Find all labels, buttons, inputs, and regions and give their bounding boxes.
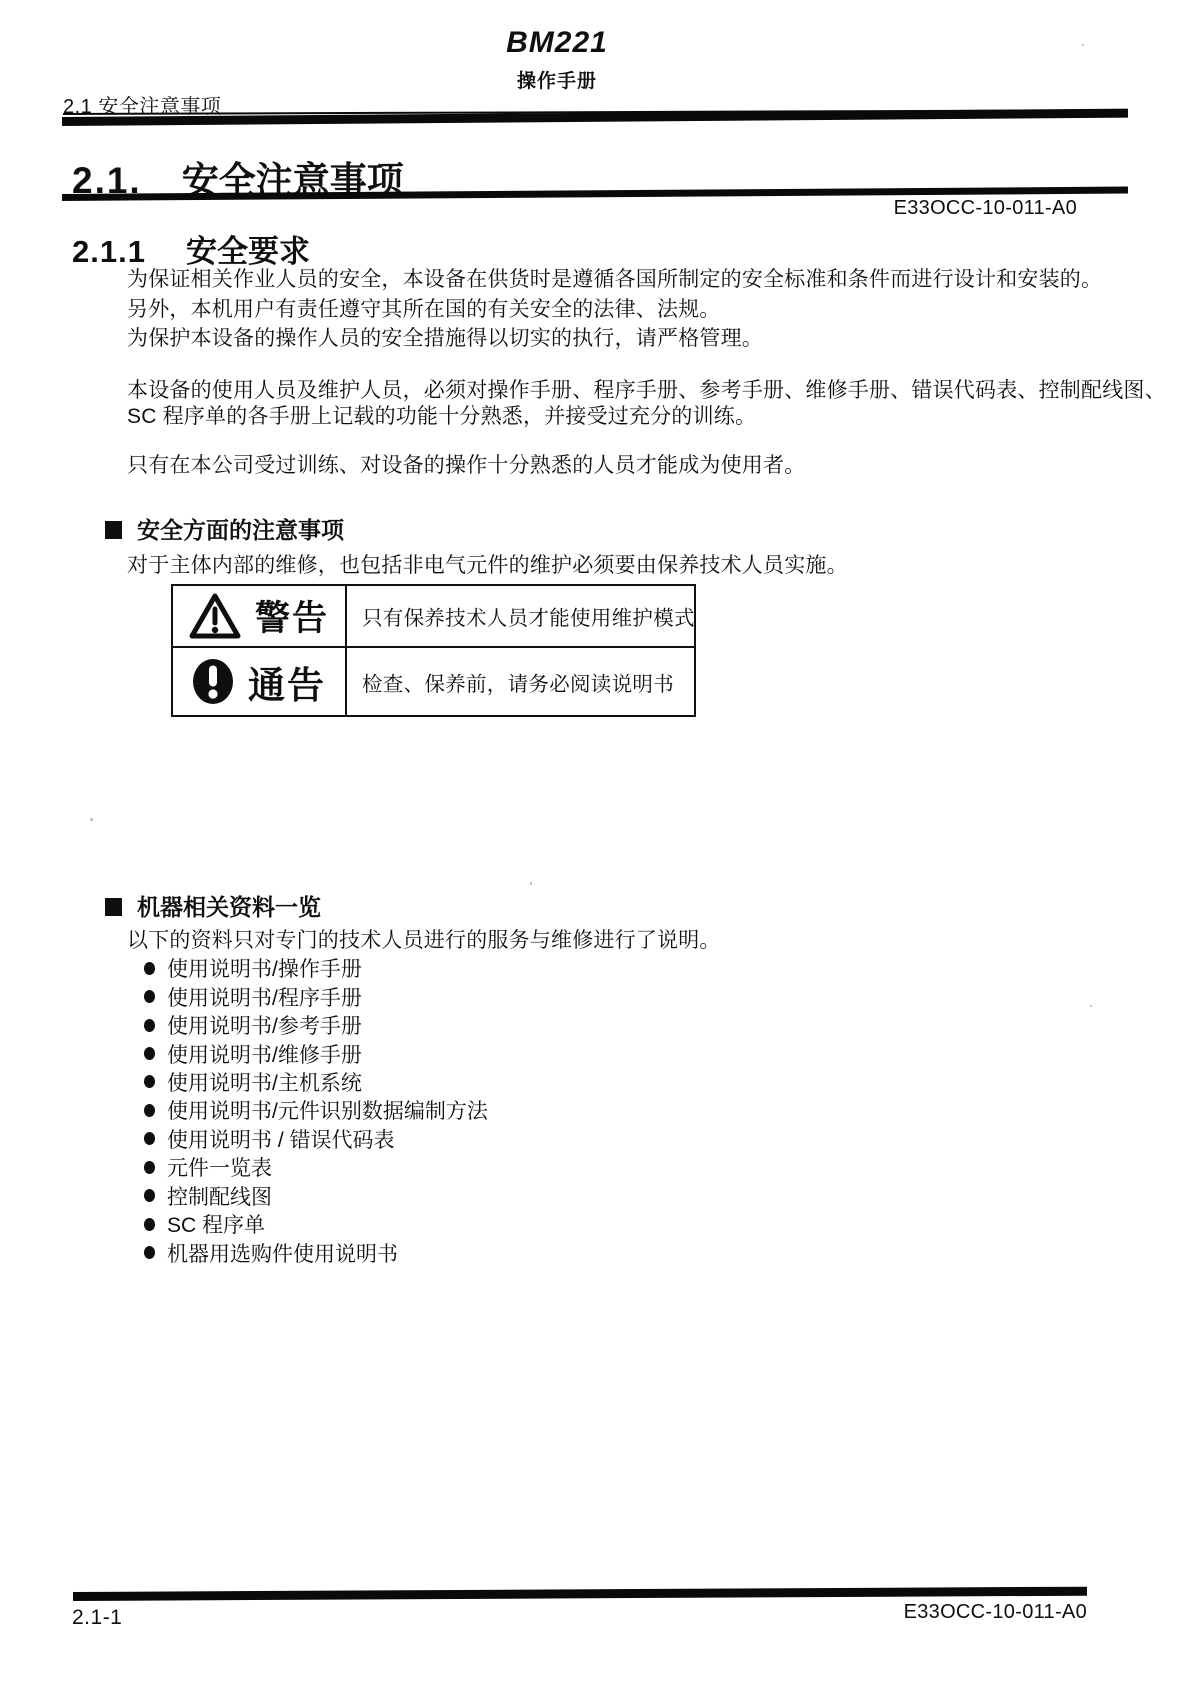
doc-list-intro: 以下的资料只对专门的技术人员进行的服务与维修进行了说明。: [127, 924, 721, 954]
safety-note-heading: 安全方面的注意事项: [105, 512, 344, 545]
list-item-label: 使用说明书 / 错误代码表: [167, 1124, 395, 1154]
bullet-icon: [144, 1218, 155, 1231]
manual-page: BM221 操作手册 2.1 安全注意事项 2.1.安全注意事项 E33OCC-…: [0, 0, 1190, 1683]
list-item: 使用说明书 / 错误代码表: [144, 1125, 488, 1153]
paragraph-line: 为保护本设备的操作人员的安全措施得以切实的执行，请严格管理。: [127, 324, 1102, 354]
bullet-icon: [144, 1132, 155, 1145]
list-item: 使用说明书/主机系统: [144, 1068, 488, 1096]
list-item: 控制配线图: [144, 1182, 488, 1210]
list-item: 机器用选购件使用说明书: [144, 1238, 488, 1266]
list-item-label: 使用说明书/维修手册: [167, 1039, 362, 1069]
bullet-icon: [144, 1075, 155, 1088]
bullet-icon: [144, 962, 155, 975]
paragraph-safety-design: 为保证相关作业人员的安全，本设备在供货时是遵循各国所制定的安全标准和条件而进行设…: [127, 265, 1102, 354]
bullet-icon: [144, 990, 155, 1003]
table-row-warning-label: 警告: [173, 586, 347, 648]
list-item-label: 使用说明书/操作手册: [167, 953, 362, 983]
list-item-label: 使用说明书/元件识别数据编制方法: [167, 1095, 488, 1125]
list-item-label: 使用说明书/程序手册: [167, 982, 362, 1012]
paragraph-users: 只有在本公司受过训练、对设备的操作十分熟悉的人员才能成为使用者。: [127, 453, 805, 479]
paragraph-line: 本设备的使用人员及维护人员，必须对操作手册、程序手册、参考手册、维修手册、错误代…: [127, 378, 1166, 404]
scan-speck: [1082, 44, 1084, 46]
bullet-icon: [144, 1019, 155, 1032]
subsection-title: 安全要求: [186, 234, 310, 269]
safety-note-heading-label: 安全方面的注意事项: [137, 512, 344, 545]
safety-table: 警告 只有保养技术人员才能使用维护模式 通告 检查、保养前，请务必阅读说明书: [171, 584, 696, 717]
bullet-icon: [144, 1104, 155, 1117]
square-bullet-icon: [105, 521, 122, 539]
list-item-label: 控制配线图: [167, 1181, 272, 1211]
scan-speck: [530, 882, 532, 885]
manual-subtitle: 操作手册: [0, 66, 1114, 93]
list-item-label: SC 程序单: [167, 1209, 265, 1239]
list-item-label: 使用说明书/参考手册: [167, 1010, 362, 1040]
signal-word: 警告: [255, 591, 329, 641]
list-item: SC 程序单: [144, 1210, 488, 1238]
list-item-label: 机器用选购件使用说明书: [167, 1238, 398, 1268]
list-item: 使用说明书/参考手册: [144, 1011, 488, 1039]
list-item: 元件一览表: [144, 1153, 488, 1181]
list-item: 使用说明书/操作手册: [144, 954, 488, 982]
list-item: 使用说明书/维修手册: [144, 1039, 488, 1067]
scan-speck: [90, 818, 93, 821]
doc-list-heading: 机器相关资料一览: [105, 889, 321, 922]
list-item: 使用说明书/程序手册: [144, 982, 488, 1010]
warning-triangle-icon: [189, 593, 241, 639]
list-item-label: 元件一览表: [167, 1152, 272, 1182]
paragraph-line: SC 程序单的各手册上记载的功能十分熟悉，并接受过充分的训练。: [127, 404, 1166, 430]
scan-speck: [136, 308, 139, 310]
bullet-icon: [144, 1246, 155, 1259]
doc-list-heading-label: 机器相关资料一览: [137, 889, 321, 922]
square-bullet-icon: [105, 898, 122, 916]
table-row-notice-text: 检查、保养前，请务必阅读说明书: [347, 648, 695, 715]
bullet-icon: [144, 1047, 155, 1060]
table-row-notice-label: 通告: [173, 648, 347, 715]
paragraph-line: 为保证相关作业人员的安全，本设备在供货时是遵循各国所制定的安全标准和条件而进行设…: [127, 265, 1102, 295]
doc-list: 使用说明书/操作手册 使用说明书/程序手册 使用说明书/参考手册 使用说明书/维…: [144, 954, 488, 1267]
page-number: 2.1-1: [72, 1606, 122, 1630]
list-item-label: 使用说明书/主机系统: [167, 1067, 362, 1097]
subsection-number: 2.1.1: [72, 234, 146, 269]
footer-doc-code: E33OCC-10-011-A0: [904, 1601, 1087, 1624]
bullet-icon: [144, 1189, 155, 1202]
scan-speck: [1090, 1005, 1092, 1007]
paragraph-line: 另外，本机用户有责任遵守其所在国的有关安全的法律、法规。: [127, 295, 1102, 325]
notice-circle-icon: [192, 658, 234, 705]
paragraph-training: 本设备的使用人员及维护人员，必须对操作手册、程序手册、参考手册、维修手册、错误代…: [127, 378, 1166, 430]
signal-word: 通告: [248, 655, 326, 709]
safety-note-intro: 对于主体内部的维修，也包括非电气元件的维护必须要由保养技术人员实施。: [127, 549, 848, 579]
footer-rule: [73, 1587, 1087, 1601]
brand-title: BM221: [0, 26, 1114, 60]
bullet-icon: [144, 1161, 155, 1174]
list-item: 使用说明书/元件识别数据编制方法: [144, 1096, 488, 1124]
doc-code: E33OCC-10-011-A0: [894, 197, 1077, 220]
table-row-warning-text: 只有保养技术人员才能使用维护模式: [347, 586, 695, 648]
